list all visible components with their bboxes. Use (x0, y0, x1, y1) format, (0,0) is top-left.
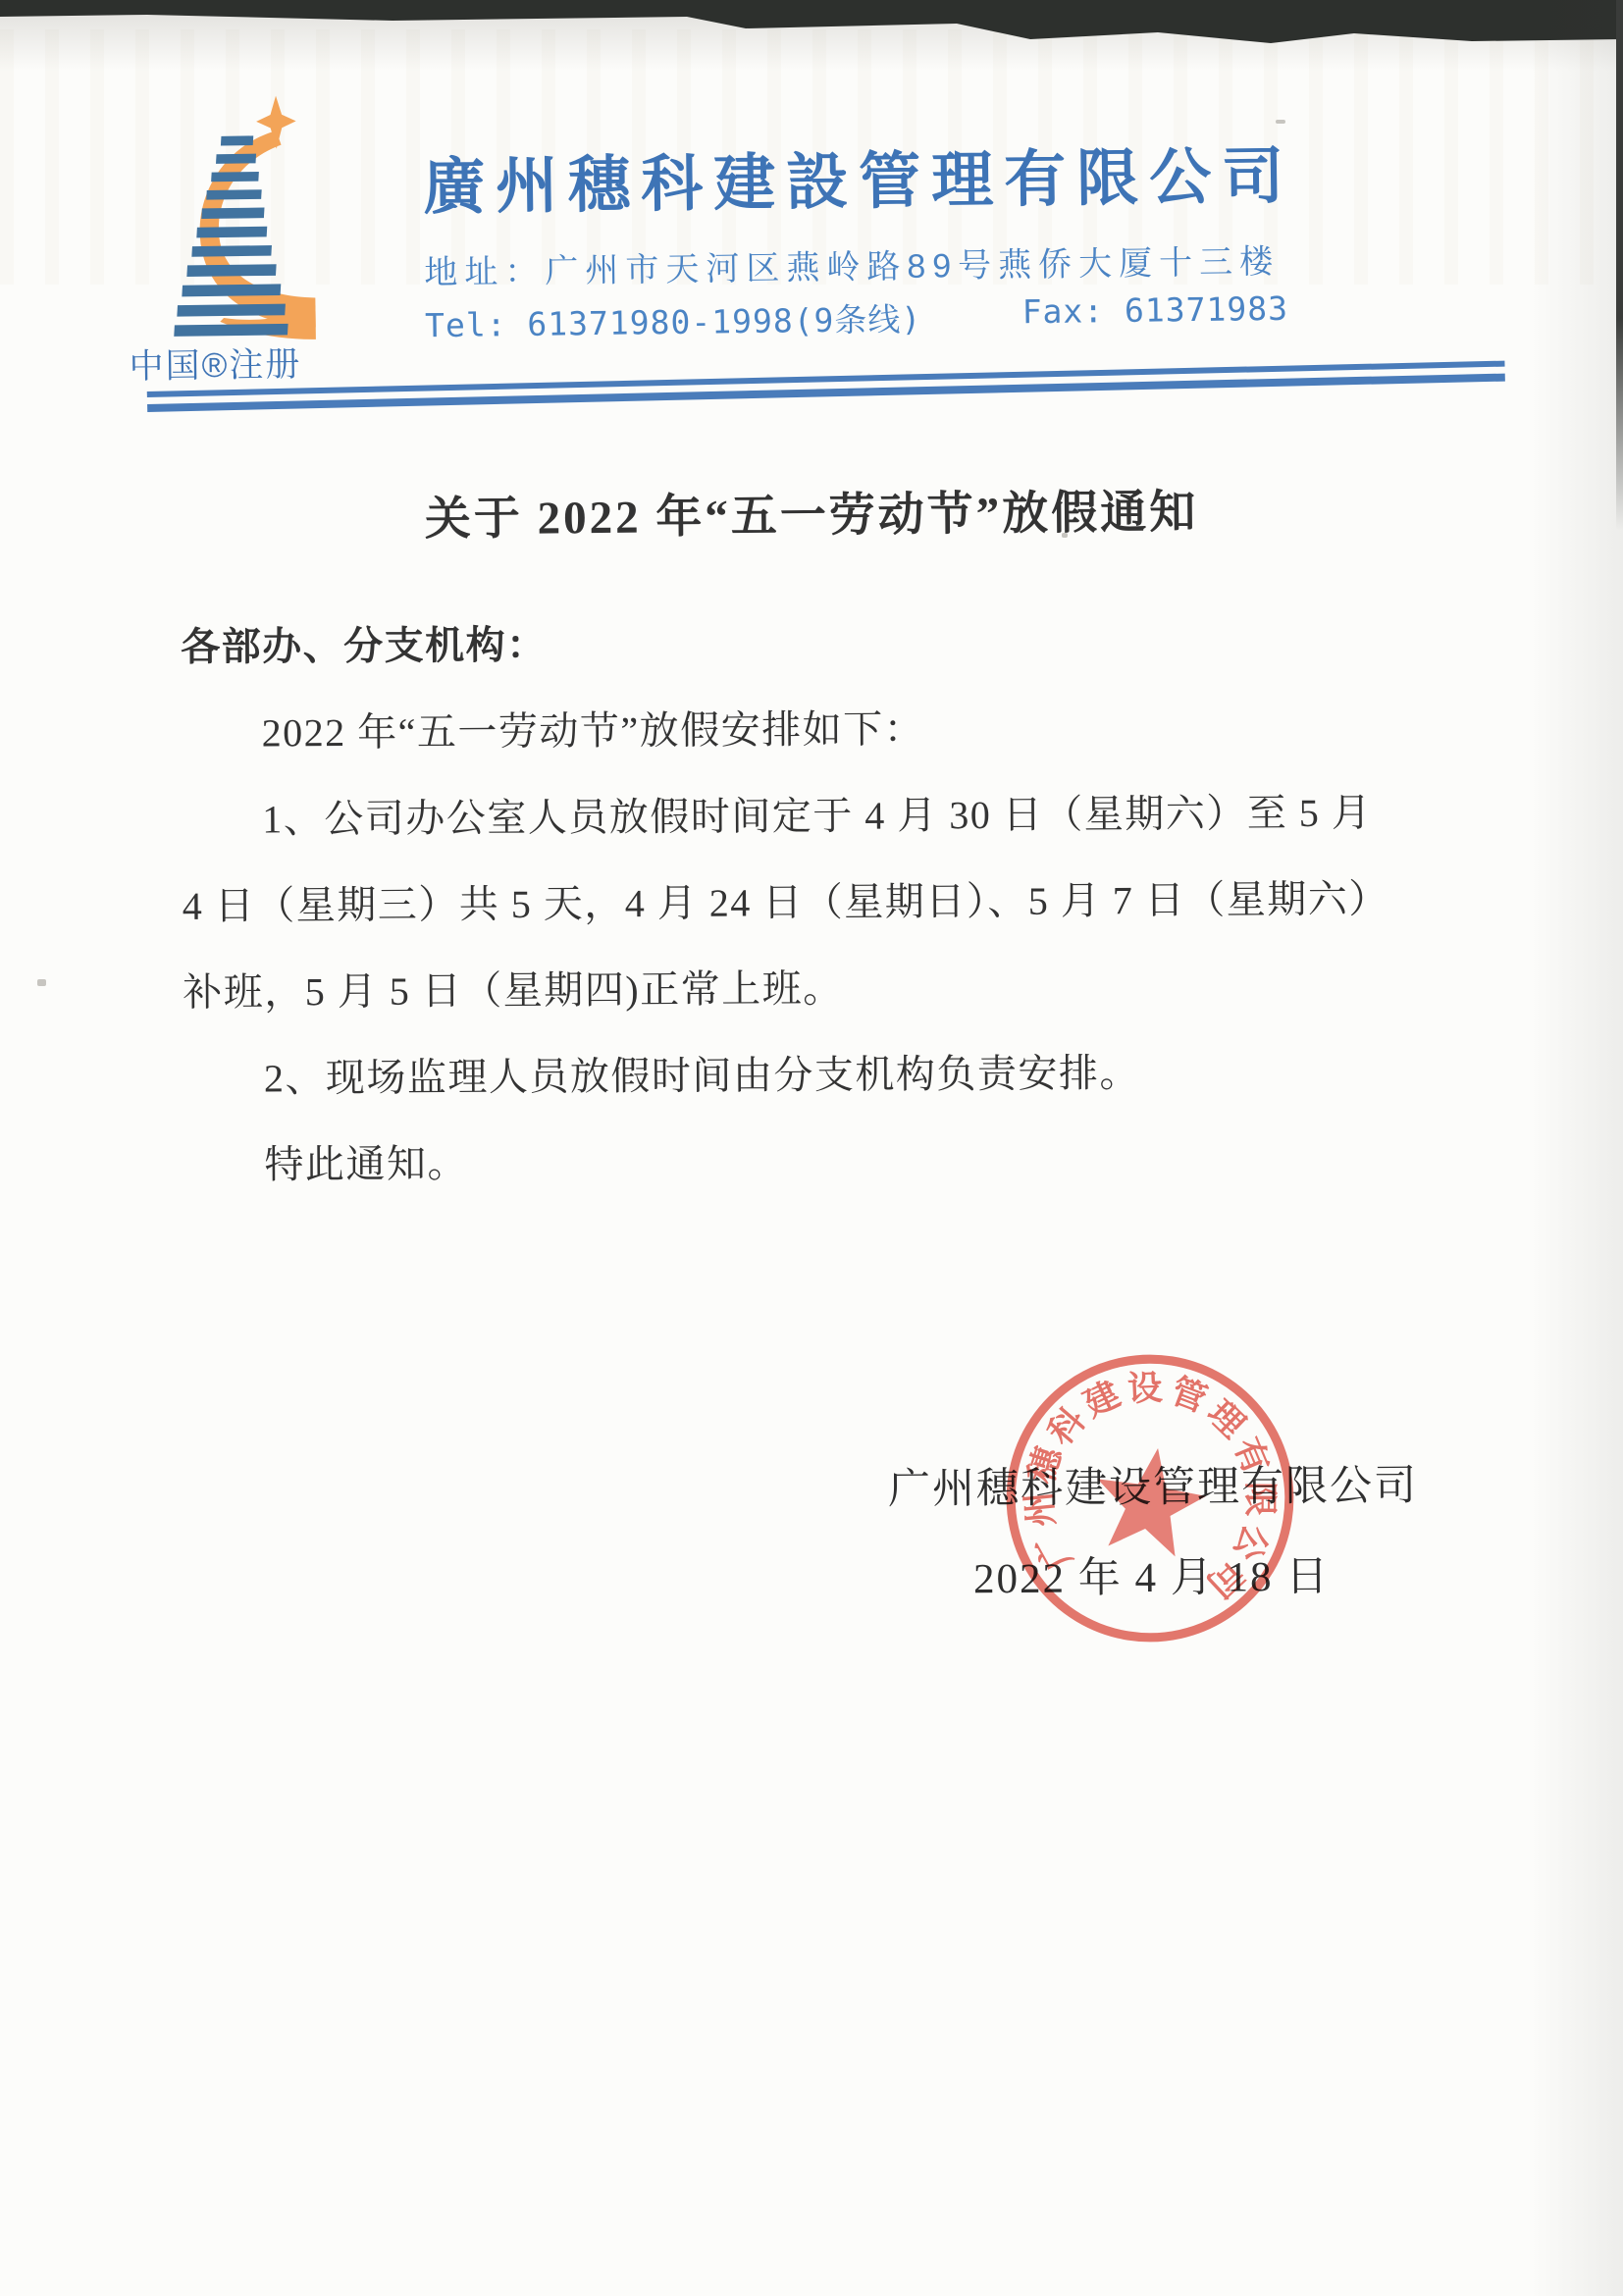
seal-char: 管 (1166, 1371, 1212, 1420)
seal-char: 公 (1226, 1519, 1276, 1567)
seal-char: 州 (1020, 1490, 1062, 1529)
notice-title: 关于 2022 年“五一劳动节”放假通知 (0, 471, 1623, 552)
notice-body: 各部办、分支机构：2022 年“五一劳动节”放假安排如下：1、公司办公室人员放假… (181, 608, 1460, 1221)
seal-char: 限 (1240, 1482, 1280, 1517)
registered-mark: 中国®注册 (129, 337, 365, 389)
notice-body-line: 4 日（星期三）共 5 天，4 月 24 日（星期日）、5 月 7 日（星期六） (183, 867, 1459, 962)
tel-number: Tel: 61371980-1998(9条线) (425, 294, 922, 347)
scanned-notice-page: 中国®注册 廣州穗科建設管理有限公司 地址：广州市天河区燕岭路89号燕侨大厦十三… (0, 0, 1623, 2296)
seal-char: 广 (1028, 1527, 1079, 1576)
scan-edge-right (1616, 0, 1623, 530)
company-seal-stamp: 广州穗科建设管理有限公司 (973, 1322, 1326, 1674)
company-name: 廣州穗科建設管理有限公司 (423, 127, 1295, 228)
fax-number: Fax: 61371983 (1021, 289, 1288, 339)
notice-body-line: 2、现场监理人员放假时间由分支机构负责安排。 (183, 1040, 1460, 1134)
scan-speck (1276, 120, 1285, 124)
notice-body-line: 补班，5 月 5 日（星期四)正常上班。 (183, 954, 1459, 1048)
seal-char: 穗 (1021, 1441, 1070, 1488)
scan-speck (37, 979, 46, 986)
seal-char: 设 (1126, 1368, 1164, 1409)
tel-fax-row: Tel: 61371980-1998(9条线) Fax: 61371983 (425, 289, 1289, 347)
notice-body-line: 各部办、分支机构： (181, 608, 1457, 703)
scan-speck (1062, 533, 1068, 538)
seal-char: 建 (1077, 1374, 1126, 1425)
notice-body-line: 特此通知。 (183, 1126, 1460, 1221)
scan-band-right (1530, 0, 1623, 2296)
seal-char: 有 (1227, 1432, 1277, 1479)
notice-body-line: 2022 年“五一劳动节”放假安排如下： (182, 695, 1458, 789)
address-line: 地址：广州市天河区燕岭路89号燕侨大厦十三楼 (424, 235, 1280, 293)
notice-body-line: 1、公司办公室人员放假时间定于 4 月 30 日（星期六）至 5 月 (182, 781, 1458, 875)
company-logo (131, 78, 321, 345)
seal-star-icon (1087, 1439, 1212, 1559)
scan-edge-top (0, 0, 1623, 47)
